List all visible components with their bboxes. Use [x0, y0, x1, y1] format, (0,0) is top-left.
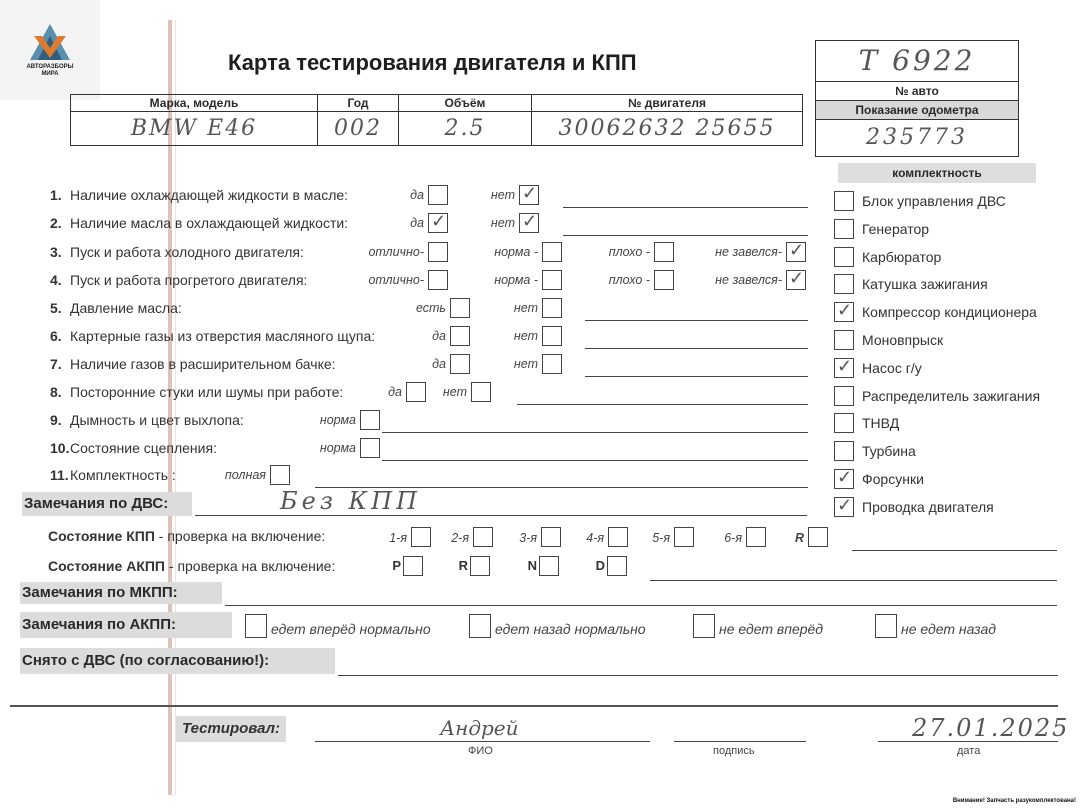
akpp-option-checkbox[interactable] — [693, 614, 715, 638]
mkpp-remarks-line — [225, 605, 1057, 606]
logo-mountain-icon — [28, 22, 72, 62]
gear-checkbox[interactable] — [674, 527, 694, 547]
option-checkbox[interactable] — [360, 438, 380, 458]
notes-line — [563, 207, 808, 208]
option-label: да — [410, 188, 424, 202]
completeness-checkbox[interactable] — [834, 219, 854, 239]
column-header-year: Год — [318, 95, 399, 112]
year-value[interactable]: 002 — [318, 112, 399, 146]
gear-label: 5-я — [652, 531, 670, 545]
option-label: норма - — [494, 273, 538, 287]
option-label: да — [410, 216, 424, 230]
checklist-item-label: Наличие масла в охлаждающей жидкости: — [70, 215, 348, 231]
tester-name-value[interactable]: Андрей — [440, 716, 519, 740]
option-label: полная — [225, 468, 266, 482]
name-caption: ФИО — [468, 745, 493, 757]
option-checkbox[interactable] — [450, 298, 470, 318]
signature-line — [674, 741, 806, 742]
manual-gearbox-label-bold: Состояние КПП — [48, 528, 155, 544]
checklist-item-number: 2. — [50, 215, 62, 231]
odometer-label: Показание одометра — [816, 101, 1018, 120]
completeness-checkbox[interactable] — [834, 469, 854, 489]
notes-line — [585, 376, 808, 377]
checklist-item-label: Дымность и цвет выхлопа: — [70, 412, 244, 428]
checklist-item-label: Посторонние стуки или шумы при работе: — [70, 384, 343, 400]
akpp-option-label: едет назад нормально — [495, 621, 646, 637]
manual-gearbox-label-rest: - проверка на включение: — [155, 528, 325, 544]
manual-gearbox-label: Состояние КПП - проверка на включение: — [48, 528, 325, 544]
option-checkbox[interactable] — [542, 270, 562, 290]
auto-number-label: № авто — [816, 82, 1018, 101]
gear-label: 1-я — [389, 531, 407, 545]
completeness-checkbox[interactable] — [834, 191, 854, 211]
completeness-item-label: Проводка двигателя — [862, 499, 994, 515]
date-value[interactable]: 27.01.2025 — [912, 714, 1069, 742]
vehicle-info-table: Марка, модель Год Объём № двигателя BMW … — [70, 94, 803, 146]
position-label: P — [392, 558, 401, 573]
completeness-item-label: Блок управления ДВС — [862, 193, 1006, 209]
auto-gearbox-line — [650, 580, 1057, 581]
completeness-item-label: Насос г/у — [862, 360, 922, 376]
option-label: да — [432, 329, 446, 343]
option-checkbox[interactable] — [450, 354, 470, 374]
option-label: нет — [491, 216, 515, 230]
odometer-value[interactable]: 235773 — [816, 120, 1018, 156]
completeness-item-label: ТНВД — [862, 415, 899, 431]
option-label: нет — [491, 188, 515, 202]
akpp-option-checkbox[interactable] — [245, 614, 267, 638]
auto-gearbox-label: Состояние АКПП - проверка на включение: — [48, 558, 335, 574]
completeness-item-label: Генератор — [862, 221, 929, 237]
option-label: плохо - — [609, 245, 650, 259]
auto-gearbox-label-rest: - проверка на включение: — [165, 558, 335, 574]
completeness-checkbox[interactable] — [834, 358, 854, 378]
akpp-option-checkbox[interactable] — [469, 614, 491, 638]
gear-checkbox[interactable] — [473, 527, 493, 547]
checklist-item-number: 10. — [50, 440, 69, 456]
checklist-item-number: 6. — [50, 328, 62, 344]
gear-label: 6-я — [724, 531, 742, 545]
column-header-volume: Объём — [399, 95, 532, 112]
option-checkbox[interactable] — [360, 410, 380, 430]
checklist-item-label: Картерные газы из отверстия масляного щу… — [70, 328, 375, 344]
completeness-title: комплектность — [838, 163, 1036, 183]
column-header-engine-number: № двигателя — [532, 95, 803, 112]
option-label: отлично- — [368, 245, 424, 259]
completeness-checkbox[interactable] — [834, 441, 854, 461]
gear-checkbox[interactable] — [608, 527, 628, 547]
checklist-item-label: Пуск и работа холодного двигателя: — [70, 244, 304, 260]
removed-line — [338, 675, 1058, 676]
option-label: есть — [416, 301, 446, 315]
option-label: норма — [320, 413, 356, 427]
option-checkbox[interactable] — [654, 242, 674, 262]
completeness-item-label: Компрессор кондиционера — [862, 304, 1037, 320]
checklist-item-number: 8. — [50, 384, 62, 400]
mkpp-remarks-label: Замечания по МКПП: — [22, 584, 178, 601]
auto-number-value[interactable]: T 6922 — [816, 41, 1018, 82]
removed-label: Снято с ДВС (по согласованию!): — [22, 652, 269, 669]
checklist-item-number: 5. — [50, 300, 62, 316]
notes-line — [585, 348, 808, 349]
checklist-item-label: Наличие охлаждающей жидкости в масле: — [70, 187, 348, 203]
option-checkbox[interactable] — [270, 465, 290, 485]
checklist-item-number: 4. — [50, 272, 62, 288]
footer-warning: Внимание! Запчасть разукомплектована! — [953, 798, 1076, 804]
checklist-item-label: Давление масла: — [70, 300, 182, 316]
option-label: нет — [514, 329, 538, 343]
option-label: отлично- — [368, 273, 424, 287]
position-label: N — [528, 558, 537, 573]
option-label: плохо - — [609, 273, 650, 287]
gear-label: 3-я — [519, 531, 537, 545]
option-label: нет — [514, 357, 538, 371]
option-checkbox[interactable] — [428, 185, 448, 205]
option-label: не завелся- — [715, 273, 782, 287]
logo-text-line1: АВТОРАЗБОРЫ — [0, 64, 100, 71]
option-checkbox[interactable] — [542, 298, 562, 318]
engine-remarks-label: Замечания по ДВС: — [24, 495, 168, 512]
completeness-checkbox[interactable] — [834, 386, 854, 406]
completeness-checkbox[interactable] — [834, 497, 854, 517]
completeness-item-label: Карбюратор — [862, 249, 941, 265]
position-checkbox[interactable] — [607, 556, 627, 576]
option-checkbox[interactable] — [542, 354, 562, 374]
completeness-checkbox[interactable] — [834, 330, 854, 350]
completeness-checkbox[interactable] — [834, 274, 854, 294]
position-checkbox[interactable] — [403, 556, 423, 576]
signature-caption: подпись — [713, 745, 755, 757]
checklist-item-label: Комплектность : — [70, 467, 176, 483]
checklist-item-number: 9. — [50, 412, 62, 428]
completeness-item-label: Моновпрыск — [862, 332, 943, 348]
completeness-checkbox[interactable] — [834, 302, 854, 322]
option-label: да — [432, 357, 446, 371]
akpp-option-label: едет вперёд нормально — [271, 621, 431, 637]
option-checkbox[interactable] — [406, 382, 426, 402]
completeness-item-label: Форсунки — [862, 471, 924, 487]
engine-number-value[interactable]: 30062632 25655 — [532, 112, 803, 146]
checklist-item-number: 1. — [50, 187, 62, 203]
completeness-item-label: Турбина — [862, 443, 916, 459]
auto-gearbox-label-bold: Состояние АКПП — [48, 558, 165, 574]
engine-remarks-value[interactable]: Без КПП — [280, 487, 421, 515]
option-label: не завелся- — [715, 245, 782, 259]
option-checkbox[interactable] — [428, 213, 448, 233]
gear-label: R — [795, 531, 804, 545]
column-header-model: Марка, модель — [71, 95, 318, 112]
checklist-item-label: Пуск и работа прогретого двигателя: — [70, 272, 307, 288]
checklist-item-number: 11. — [50, 467, 69, 483]
auto-number-box: T 6922 № авто Показание одометра 235773 — [815, 40, 1019, 157]
gear-label: 2-я — [451, 531, 469, 545]
option-checkbox[interactable] — [428, 242, 448, 262]
notes-line — [563, 235, 808, 236]
gear-checkbox[interactable] — [541, 527, 561, 547]
option-label: норма - — [494, 245, 538, 259]
option-checkbox[interactable] — [786, 242, 806, 262]
akpp-option-checkbox[interactable] — [875, 614, 897, 638]
completeness-checkbox[interactable] — [834, 247, 854, 267]
engine-remarks-line — [195, 515, 807, 516]
logo-text-line2: МИРА — [0, 71, 100, 78]
option-checkbox[interactable] — [471, 382, 491, 402]
option-checkbox[interactable] — [542, 326, 562, 346]
option-label: норма — [320, 441, 356, 455]
completeness-checkbox[interactable] — [834, 413, 854, 433]
option-checkbox[interactable] — [519, 213, 539, 233]
notes-line — [517, 404, 808, 405]
option-checkbox[interactable] — [542, 242, 562, 262]
notes-line — [382, 460, 808, 461]
checklist-item-label: Состояние сцепления: — [70, 440, 217, 456]
volume-value[interactable]: 2.5 — [399, 112, 532, 146]
notes-line — [585, 320, 808, 321]
akpp-remarks-label: Замечания по АКПП: — [22, 616, 176, 633]
checklist-item-label: Наличие газов в расширительном бачке: — [70, 356, 336, 372]
completeness-item-label: Катушка зажигания — [862, 276, 988, 292]
option-checkbox[interactable] — [519, 185, 539, 205]
separator-line — [10, 705, 1058, 707]
option-checkbox[interactable] — [786, 270, 806, 290]
akpp-option-label: не едет вперёд — [719, 621, 823, 637]
option-label: нет — [443, 385, 467, 399]
gear-checkbox[interactable] — [411, 527, 431, 547]
position-checkbox[interactable] — [470, 556, 490, 576]
option-checkbox[interactable] — [450, 326, 470, 346]
gear-checkbox[interactable] — [746, 527, 766, 547]
checklist-item-number: 3. — [50, 244, 62, 260]
option-label: нет — [514, 301, 538, 315]
checklist-item-number: 7. — [50, 356, 62, 372]
manual-gearbox-line — [852, 550, 1057, 551]
option-checkbox[interactable] — [654, 270, 674, 290]
date-caption: дата — [957, 745, 980, 757]
position-checkbox[interactable] — [539, 556, 559, 576]
completeness-item-label: Распределитель зажигания — [862, 388, 1040, 404]
notes-line — [382, 432, 808, 433]
position-label: R — [459, 558, 468, 573]
position-label: D — [596, 558, 605, 573]
option-checkbox[interactable] — [428, 270, 448, 290]
name-line — [315, 741, 650, 742]
gear-checkbox[interactable] — [808, 527, 828, 547]
akpp-option-label: не едет назад — [901, 621, 996, 637]
model-value[interactable]: BMW E46 — [71, 112, 318, 146]
company-logo: АВТОРАЗБОРЫ МИРА — [0, 0, 100, 100]
gear-label: 4-я — [586, 531, 604, 545]
tested-by-label: Тестировал: — [182, 720, 280, 737]
option-label: да — [388, 385, 402, 399]
page-title: Карта тестирования двигателя и КПП — [228, 50, 637, 76]
